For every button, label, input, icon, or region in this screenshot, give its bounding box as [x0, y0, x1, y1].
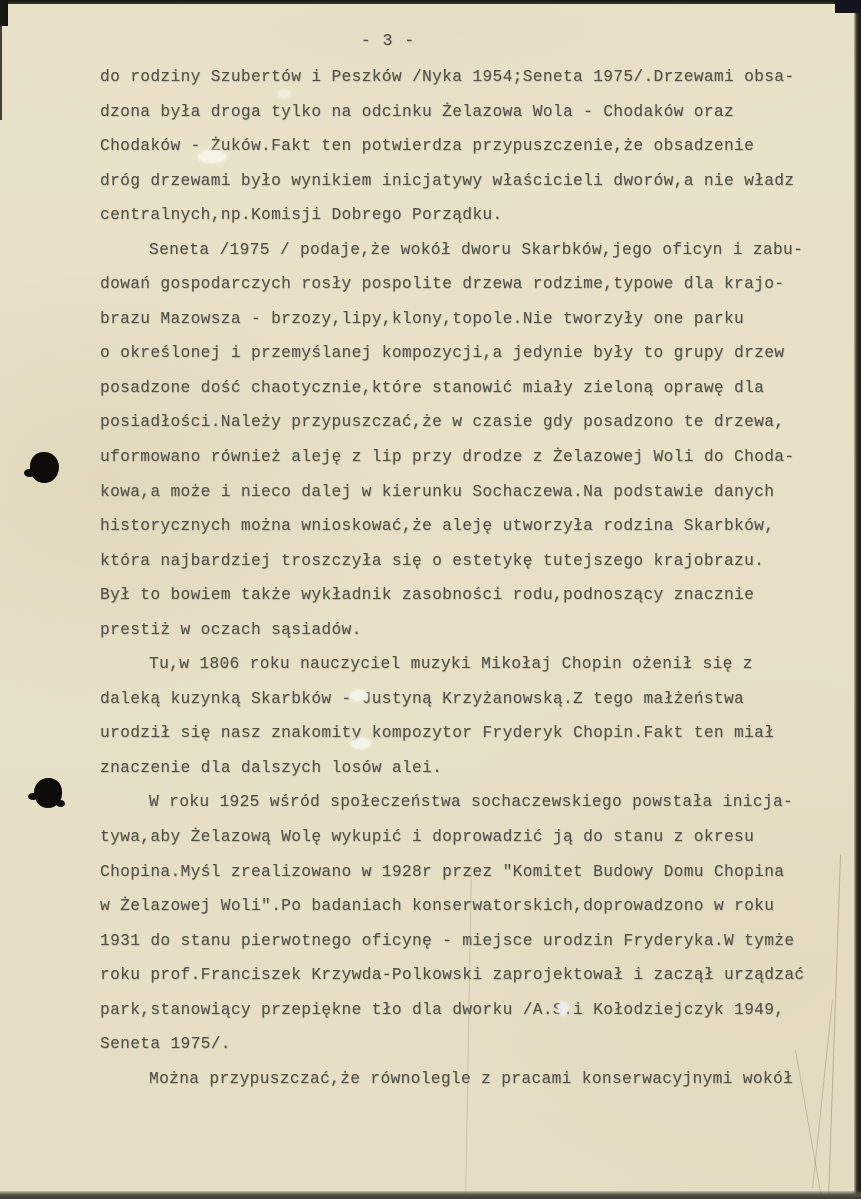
- text-line: do rodziny Szubertów i Peszków /Nyka 195…: [100, 60, 840, 95]
- text-line: Był to bowiem także wykładnik zasobności…: [100, 578, 840, 613]
- correction-spot: [351, 738, 371, 749]
- text-line: kowa,a może i nieco dalej w kierunku Soc…: [100, 475, 840, 510]
- correction-spot: [278, 90, 291, 98]
- text-line: park,stanowiący przepiękne tło dla dwork…: [100, 993, 840, 1028]
- text-line: uformowano również aleję z lip przy drod…: [100, 440, 840, 475]
- text-line: Można przypuszczać,że równolegle z praca…: [100, 1062, 840, 1097]
- text-line: znaczenie dla dalszych losów alei.: [100, 751, 840, 786]
- correction-spot: [350, 690, 368, 701]
- paragraph: do rodziny Szubertów i Peszków /Nyka 195…: [100, 60, 840, 233]
- correction-spot: [198, 150, 226, 163]
- text-line: która najbardziej troszczyła się o estet…: [100, 544, 840, 579]
- hole-punch: [30, 452, 59, 483]
- scan-corner-top-right: [835, 0, 861, 13]
- text-line: dróg drzewami było wynikiem inicjatywy w…: [100, 164, 840, 199]
- scan-edge-right: [854, 0, 861, 1199]
- paragraph: Tu,w 1806 roku nauczyciel muzyki Mikołaj…: [100, 647, 840, 785]
- text-line: historycznych można wnioskować,że aleję …: [100, 509, 840, 544]
- text-line: daleką kuzynką Skarbków - Justyną Krzyża…: [100, 682, 840, 717]
- text-line: Seneta 1975/.: [100, 1027, 840, 1062]
- paragraph: Seneta /1975 / podaje,że wokół dworu Ska…: [100, 233, 840, 648]
- text-line: urodził się nasz znakomity kompozytor Fr…: [100, 716, 840, 751]
- text-line: Seneta /1975 / podaje,że wokół dworu Ska…: [100, 233, 840, 268]
- page-number: - 3 -: [338, 24, 438, 58]
- paragraph: Można przypuszczać,że równolegle z praca…: [100, 1062, 840, 1097]
- text-line: dzona była droga tylko na odcinku Żelazo…: [100, 95, 840, 130]
- text-line: o określonej i przemyślanej kompozycji,a…: [100, 336, 840, 371]
- scan-edge-top: [0, 0, 861, 4]
- text-line: brazu Mazowsza - brzozy,lipy,klony,topol…: [100, 302, 840, 337]
- hole-punch: [34, 778, 62, 808]
- text-line: tywa,aby Żelazową Wolę wykupić i doprowa…: [100, 820, 840, 855]
- text-line: dowań gospodarczych rosły pospolite drze…: [100, 267, 840, 302]
- text-line: posadzone dość chaotycznie,które stanowi…: [100, 371, 840, 406]
- scan-edge-left: [0, 0, 2, 120]
- text-line: Tu,w 1806 roku nauczyciel muzyki Mikołaj…: [100, 647, 840, 682]
- text-line: centralnych,np.Komisji Dobrego Porządku.: [100, 198, 840, 233]
- scanned-document-page: - 3 - do rodziny Szubertów i Peszków /Ny…: [0, 0, 861, 1199]
- text-line: posiadłości.Należy przypuszczać,że w cza…: [100, 405, 840, 440]
- text-line: W roku 1925 wśród społeczeństwa sochacze…: [100, 785, 840, 820]
- correction-spot: [558, 1002, 568, 1015]
- scan-edge-bottom: [0, 1191, 861, 1199]
- text-line: prestiż w oczach sąsiadów.: [100, 613, 840, 648]
